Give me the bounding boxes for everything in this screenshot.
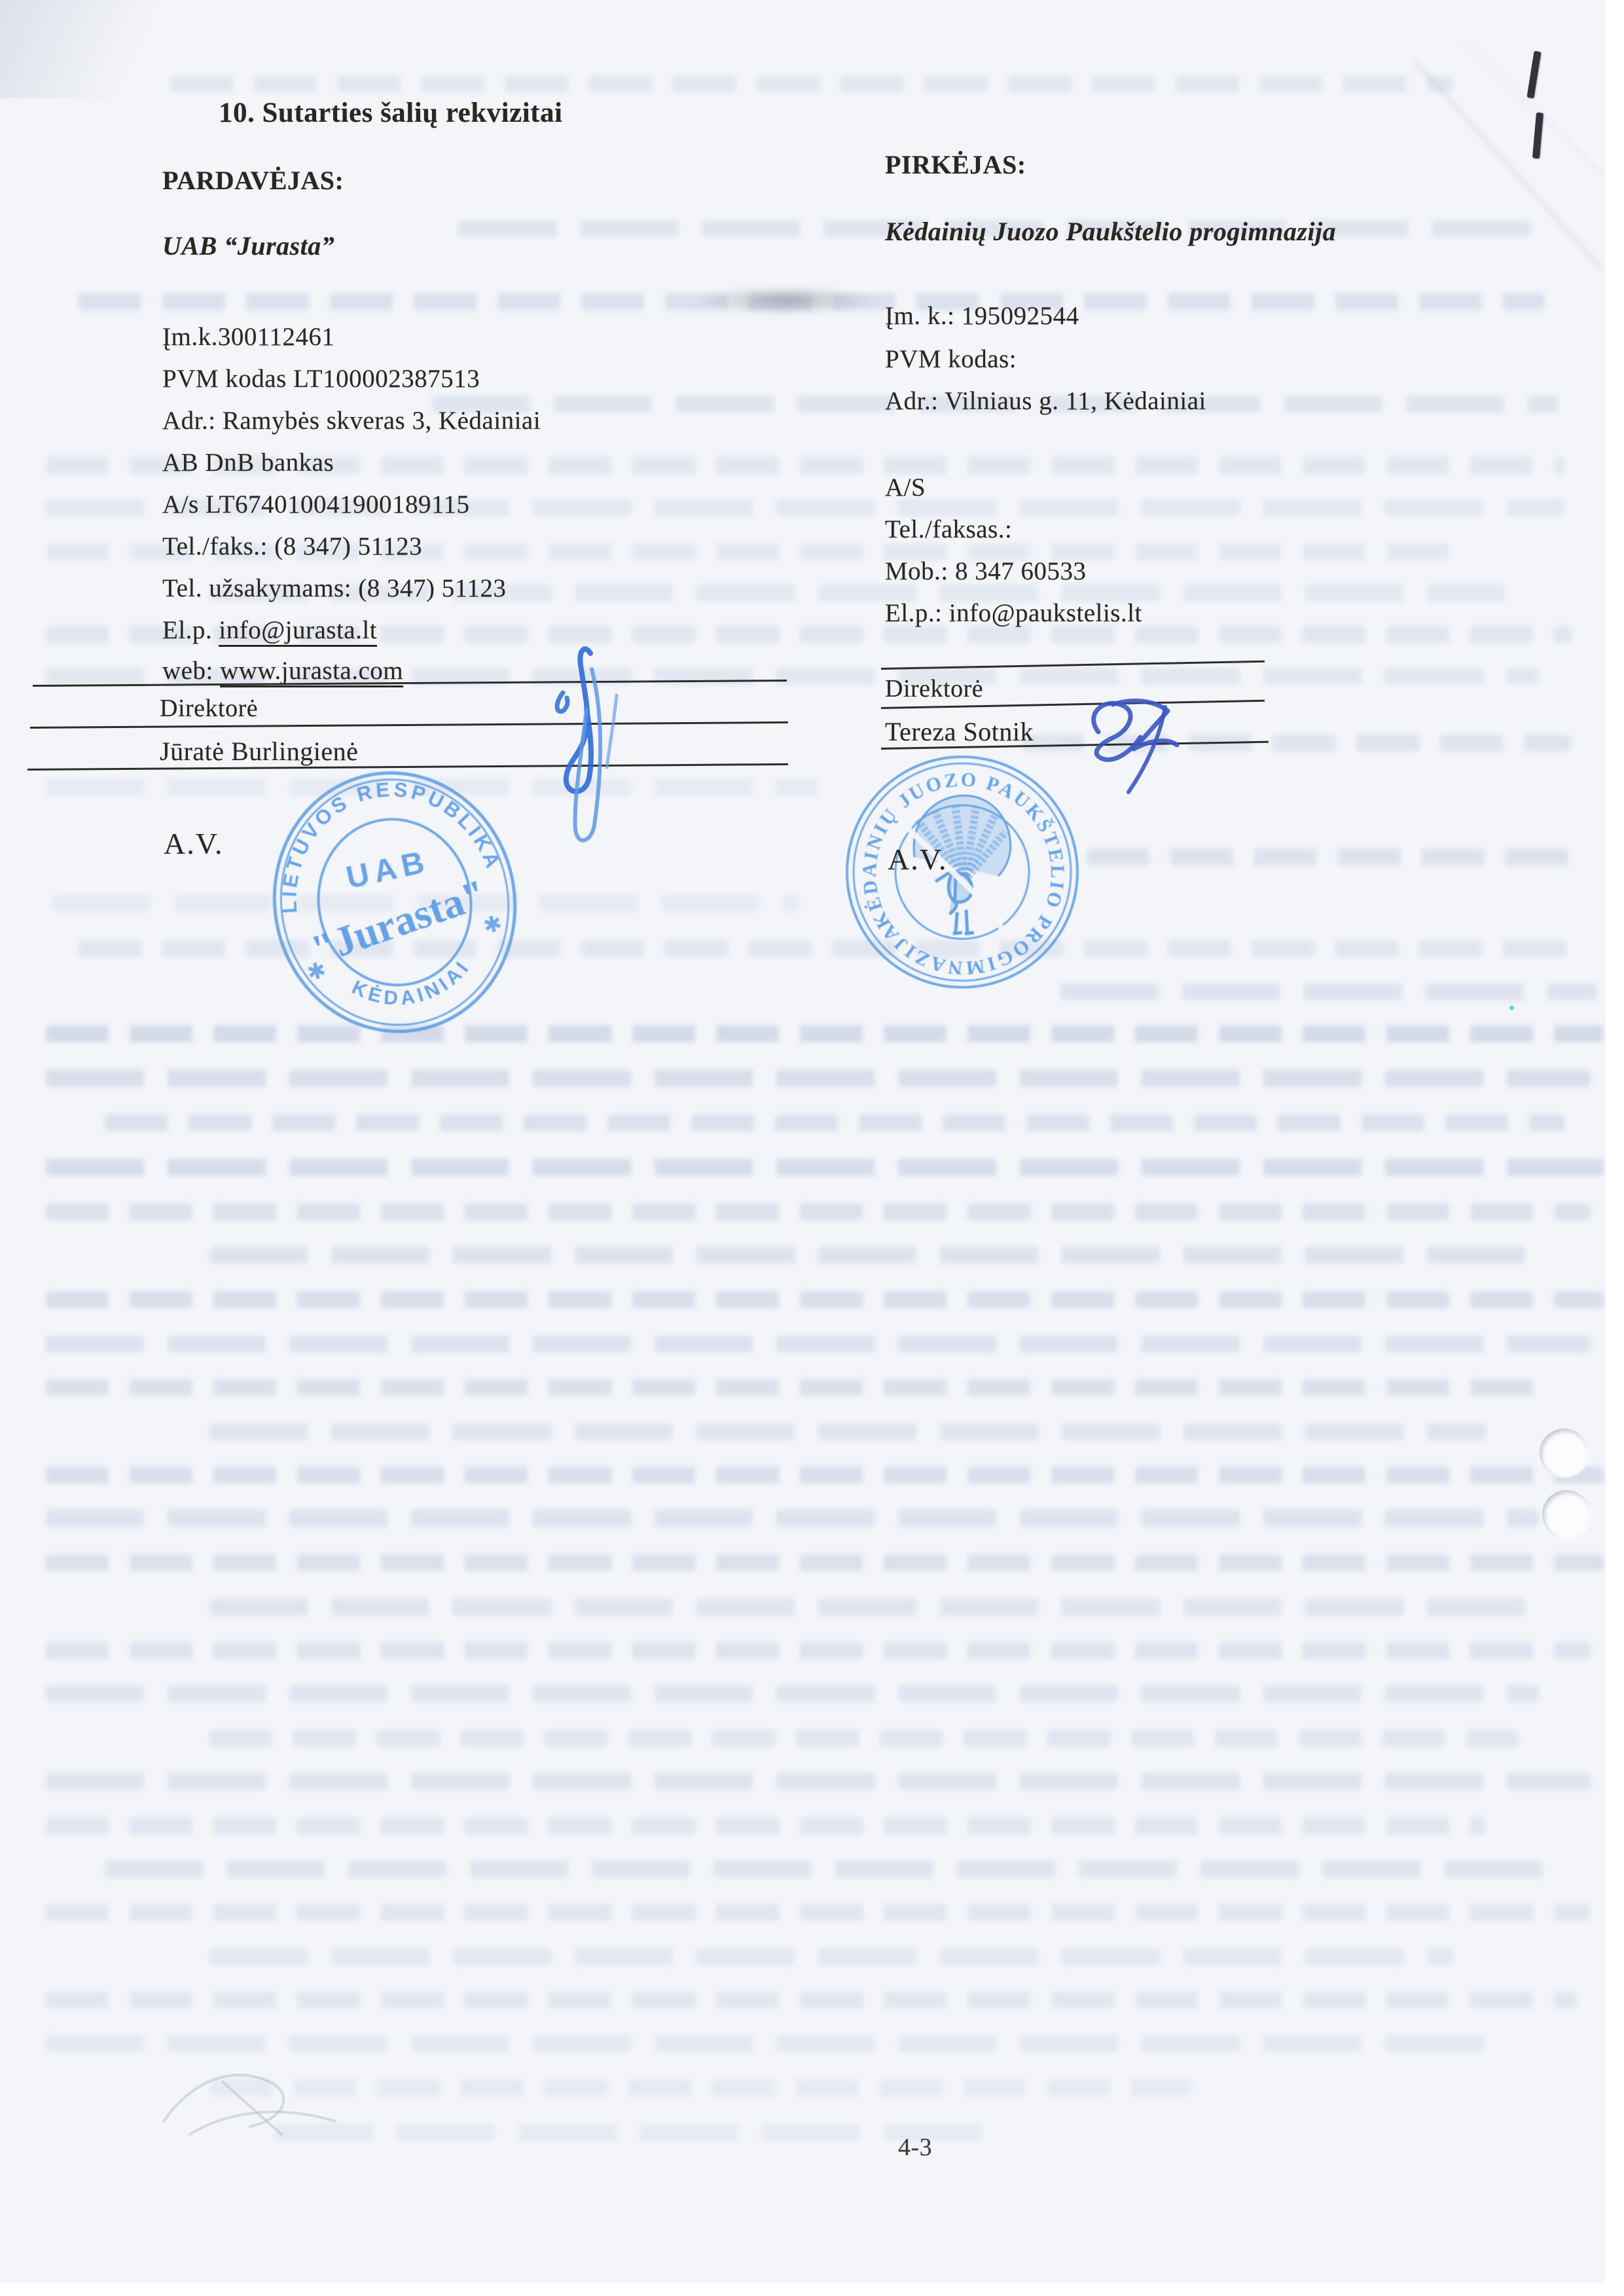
- seller-phone-fax: Tel./faks.: (8 347) 51123: [162, 532, 422, 561]
- seller-email-label: El.p.: [162, 616, 219, 644]
- buyer-mobile: Mob.: 8 347 60533: [885, 556, 1087, 586]
- seller-orders-phone: Tel. užsakymams: (8 347) 51123: [162, 574, 506, 603]
- bleedthrough-line: [105, 1861, 1545, 1878]
- binder-emboss-bottom: [1542, 1490, 1591, 1539]
- bleedthrough-line: [46, 1336, 1591, 1353]
- buyer-company-code: Įm. k.: 195092544: [885, 301, 1079, 331]
- seller-email-link[interactable]: info@jurasta.lt: [219, 616, 377, 647]
- bleedthrough-line: [46, 1203, 1591, 1220]
- bleedthrough-line: [46, 1685, 1538, 1702]
- bleedthrough-line: [46, 1817, 1486, 1834]
- bleedthrough-line: [46, 1773, 1591, 1790]
- buyer-phone-fax: Tel./faksas.:: [885, 515, 1012, 544]
- bleedthrough-line: [1060, 983, 1597, 1000]
- bleedthrough-line: [46, 1070, 1591, 1087]
- staple-mark-bottom: [1532, 113, 1543, 159]
- seller-stamp-center-uab: UAB: [343, 844, 432, 895]
- bleedthrough-line: [46, 1379, 1551, 1396]
- buyer-role: Direktorė: [885, 674, 983, 703]
- bleedthrough-line: [105, 1114, 1564, 1131]
- bleedthrough-line: [209, 1247, 1545, 1264]
- bleedthrough-line: [46, 1992, 1578, 2009]
- bleedthrough-line: [46, 1554, 1604, 1571]
- bleedthrough-line: [209, 1948, 1453, 1965]
- seller-heading: PARDAVĖJAS:: [162, 165, 344, 196]
- scanned-contract-page: 10. Sutarties šalių rekvizitai PARDAVĖJA…: [0, 0, 1624, 2296]
- seller-company-stamp: LIETUVOS RESPUBLIKA KĖDAINIAI ✱ ✱ UAB "J…: [261, 758, 535, 1046]
- seller-address: Adr.: Ramybės skveras 3, Kėdainiai: [162, 406, 541, 435]
- seller-bank: AB DnB bankas: [162, 448, 334, 477]
- seller-signature-rule-2: [30, 721, 788, 729]
- page-number: 4-3: [898, 2133, 932, 2162]
- scan-edge-bottom: [0, 2283, 1624, 2296]
- buyer-signature: [1067, 685, 1218, 803]
- buyer-company: Kėdainių Juozo Paukštelio progimnazija: [885, 216, 1336, 247]
- svg-text:KĖDAINIAI: KĖDAINIAI: [345, 953, 480, 1021]
- cyan-speck: [1509, 1006, 1514, 1010]
- staple-mark-top: [1526, 51, 1541, 99]
- seller-vat-code: PVM kodas LT100002387513: [162, 364, 480, 393]
- seller-email-line: El.p. info@jurasta.lt: [162, 615, 377, 645]
- buyer-seal-note: A.V.: [888, 842, 948, 877]
- seller-company: UAB “Jurasta”: [162, 230, 334, 261]
- seller-company-code: Įm.k.300112461: [162, 322, 334, 352]
- section-title: 10. Sutarties šalių rekvizitai: [219, 97, 562, 129]
- seller-web-line: web: www.jurasta.com: [162, 656, 403, 685]
- scan-edge-right: [1606, 0, 1624, 2296]
- buyer-vat-code: PVM kodas:: [885, 344, 1017, 374]
- seller-signature: [543, 629, 655, 871]
- buyer-account: A/S: [885, 473, 926, 502]
- bleedthrough-line: [46, 1467, 1604, 1484]
- bleedthrough-line: [1087, 848, 1571, 866]
- bleedthrough-line: [46, 1642, 1591, 1659]
- crease-top-right: [1413, 60, 1604, 270]
- buyer-address: Adr.: Vilniaus g. 11, Kėdainiai: [885, 386, 1206, 416]
- buyer-signature-rule-1: [881, 661, 1265, 670]
- bleedthrough-line: [209, 1423, 1486, 1440]
- pencil-scribble: [151, 2043, 373, 2154]
- seller-role: Direktorė: [160, 694, 258, 723]
- binder-emboss-top: [1540, 1429, 1588, 1477]
- seller-web-label: web:: [162, 657, 220, 685]
- seller-signature-rule-1: [33, 680, 787, 687]
- buyer-heading: PIRKĖJAS:: [885, 149, 1026, 180]
- bleedthrough-line: [46, 1510, 1538, 1527]
- ink-smudge: [694, 285, 877, 316]
- bleedthrough-line: [46, 1159, 1604, 1176]
- bleedthrough-line: [209, 1599, 1532, 1616]
- seller-stamp-arc-bottom: KĖDAINIAI: [345, 953, 480, 1021]
- seller-account: A/s LT674010041900189115: [162, 490, 470, 519]
- buyer-director-name: Tereza Sotnik: [885, 716, 1034, 747]
- seller-seal-note: A.V.: [164, 826, 224, 861]
- buyer-email: El.p.: info@paukstelis.lt: [885, 598, 1142, 628]
- buyer-school-stamp: KĖDAINIŲ JUOZO PAUKŠTELIO PROGIMNAZIJA ✱: [838, 748, 1087, 996]
- fold-shadow-top-left: [0, 0, 223, 98]
- bleedthrough-line: [275, 2124, 995, 2141]
- bleedthrough-line: [170, 75, 1453, 92]
- bleedthrough-line: [209, 1730, 1519, 1747]
- bleedthrough-line: [46, 1904, 1591, 1921]
- bleedthrough-line: [46, 1291, 1604, 1308]
- seller-stamp-center-name: "Jurasta": [306, 870, 492, 973]
